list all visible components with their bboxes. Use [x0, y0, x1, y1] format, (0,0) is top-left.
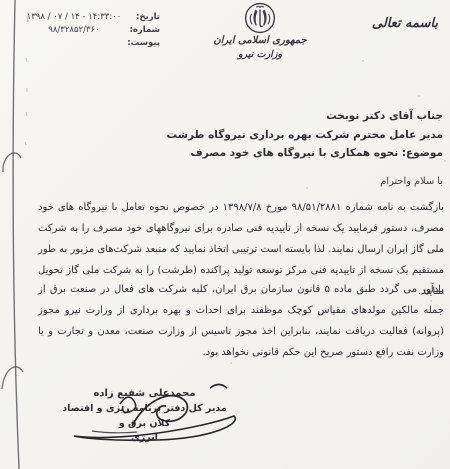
salutation-line: با سلام واحترام	[380, 176, 443, 187]
besmellah-text: باسمه تعالی	[372, 16, 438, 31]
emblem-ministry-text: وزارت نیرو	[210, 48, 310, 61]
date-value: ۱۳۹۸ / ۰۷ / ۱۴ - ۱۴:۳۳:۰۰	[25, 12, 123, 22]
date-row: تاریخ: ۱۳۹۸ / ۰۷ / ۱۴ - ۱۴:۳۳:۰۰	[25, 12, 160, 22]
number-value: ۹۸/۳۲۸۵۲/۳۶۰	[25, 25, 123, 35]
scan-speck	[444, 160, 446, 162]
signature-title: مدیر کل دفتر برنامه ریزی و اقتصاد کلان ب…	[52, 401, 237, 431]
letter-meta-block: تاریخ: ۱۳۹۸ / ۰۷ / ۱۴ - ۱۴:۳۳:۰۰ شماره: …	[25, 12, 160, 51]
recipient-title: مدیر عامل محترم شرکت بهره برداری نیروگاه…	[167, 126, 443, 145]
date-label: تاریخ:	[128, 12, 160, 22]
iran-emblem-icon	[244, 2, 276, 34]
number-label: شماره:	[128, 25, 160, 35]
recipient-block: جناب آقای دکتر نوبخت مدیر عامل محترم شرک…	[167, 107, 443, 145]
number-row: شماره: ۹۸/۳۲۸۵۲/۳۶۰	[25, 25, 160, 35]
subject-line: موضوع: نحوه همکاری با نیروگاه های خود مص…	[191, 147, 443, 159]
body-paragraph-2: یادآور می گردد طبق ماده ۵ قانون سازمان ب…	[38, 279, 444, 363]
attachment-label: پیوست:	[127, 38, 160, 48]
scan-speck	[306, 187, 308, 189]
scan-speck	[418, 95, 420, 97]
attachment-row: پیوست:	[25, 38, 160, 48]
letterhead-emblem-block: جمهوری اسلامی ایران وزارت نیرو	[210, 0, 310, 61]
emblem-country-text: جمهوری اسلامی ایران	[210, 34, 310, 48]
signature-name: محمدعلی شفیع زاده	[52, 387, 237, 401]
signature-block: محمدعلی شفیع زاده مدیر کل دفتر برنامه ری…	[52, 387, 237, 445]
signature-title-2: انرژی	[52, 431, 237, 445]
recipient-name: جناب آقای دکتر نوبخت	[167, 107, 443, 126]
scanned-letter-page: باسمه تعالی جمهوری اسلامی ایران وزارت نی…	[0, 0, 450, 469]
scan-speck	[362, 60, 364, 62]
